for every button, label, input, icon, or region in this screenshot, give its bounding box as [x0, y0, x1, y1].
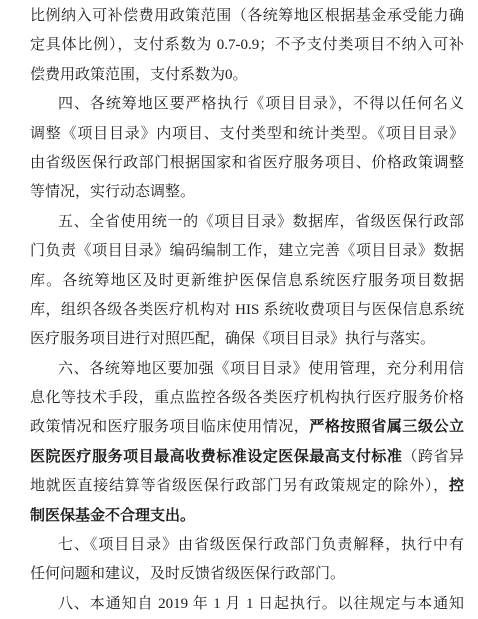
line-text: 由省级医保行政部门根据国家和省医疗服务项目、价格政策调整 — [30, 155, 464, 171]
paragraph-item-four: 四、各统筹地区要严格执行《项目目录》，不得以任何名义 调整《项目目录》内项目、支… — [30, 90, 464, 208]
document-page: 比例纳入可补偿费用政策范围（各统筹地区根据基金承受能力确 定具体比例），支付系数… — [0, 0, 478, 619]
doc-line: 制医保基金不合理支出。 — [30, 502, 464, 531]
line-text: 医疗服务项目进行对照匹配，确保《项目目录》执行与落实。 — [30, 331, 435, 347]
line-text: 四、各统筹地区要严格执行《项目目录》，不得以任何名义 — [58, 96, 464, 112]
doc-line: 偿费用政策范围，支付系数为0。 — [30, 61, 464, 90]
line-text-emphasis: 医院医疗服务项目最高收费标准设定医保最高支付标准 — [30, 449, 402, 465]
doc-line: 息化等技术手段，重点监控各级各类医疗机构执行医疗服务价格 — [30, 384, 464, 413]
line-text: 调整《项目目录》内项目、支付类型和统计类型。《项目目录》 — [30, 126, 464, 142]
doc-line: 五、全省使用统一的《项目目录》数据库，省级医保行政部 — [30, 208, 464, 237]
line-text: 库。各统筹地区及时更新维护医保信息系统医疗服务项目数据 — [30, 273, 464, 289]
line-text: 任何问题和建议，及时反馈省级医保行政部门。 — [30, 566, 345, 582]
line-text: 门负责《项目目录》编码编制工作，建立完善《项目目录》数据 — [30, 243, 464, 259]
line-text: 政策情况和医疗服务项目临床使用情况， — [30, 419, 309, 435]
doc-line: 四、各统筹地区要严格执行《项目目录》，不得以任何名义 — [30, 90, 464, 119]
doc-line: 六、各统筹地区要加强《项目目录》使用管理，充分利用信 — [30, 355, 464, 384]
line-text: （跨省异 — [402, 449, 464, 465]
line-text: 七、《项目目录》由省级医保行政部门负责解释，执行中有 — [58, 537, 464, 553]
line-text-emphasis: 制医保基金不合理支出。 — [30, 508, 195, 524]
line-text: 等情况，实行动态调整。 — [30, 184, 195, 200]
doc-line: 七、《项目目录》由省级医保行政部门负责解释，执行中有 — [30, 531, 464, 560]
line-text: 息化等技术手段，重点监控各级各类医疗机构执行医疗服务价格 — [30, 390, 464, 406]
doc-line: 库，组织各级各类医疗机构对 HIS 系统收费项目与医保信息系统 — [30, 296, 464, 325]
doc-line: 由省级医保行政部门根据国家和省医疗服务项目、价格政策调整 — [30, 149, 464, 178]
doc-line: 调整《项目目录》内项目、支付类型和统计类型。《项目目录》 — [30, 120, 464, 149]
doc-line: 等情况，实行动态调整。 — [30, 178, 464, 207]
doc-line: 任何问题和建议，及时反馈省级医保行政部门。 — [30, 560, 464, 589]
paragraph-item-five: 五、全省使用统一的《项目目录》数据库，省级医保行政部 门负责《项目目录》编码编制… — [30, 208, 464, 355]
line-text: 八、本通知自 2019 年 1 月 1 日起执行。以往规定与本通知 — [58, 596, 464, 612]
doc-line: 门负责《项目目录》编码编制工作，建立完善《项目目录》数据 — [30, 237, 464, 266]
paragraph-item-six: 六、各统筹地区要加强《项目目录》使用管理，充分利用信 息化等技术手段，重点监控各… — [30, 355, 464, 531]
line-text: 定具体比例），支付系数为 0.7-0.9；不予支付类项目不纳入可补 — [30, 37, 464, 53]
doc-line: 八、本通知自 2019 年 1 月 1 日起执行。以往规定与本通知 — [30, 590, 464, 619]
doc-line: 政策情况和医疗服务项目临床使用情况，严格按照省属三级公立 — [30, 413, 464, 442]
line-text-emphasis: 严格按照省属三级公立 — [309, 419, 464, 435]
paragraph-continuation: 比例纳入可补偿费用政策范围（各统筹地区根据基金承受能力确 定具体比例），支付系数… — [30, 2, 464, 90]
doc-line: 医疗服务项目进行对照匹配，确保《项目目录》执行与落实。 — [30, 325, 464, 354]
doc-line: 医院医疗服务项目最高收费标准设定医保最高支付标准（跨省异 — [30, 443, 464, 472]
line-text: 偿费用政策范围，支付系数为0。 — [30, 67, 248, 83]
doc-line: 比例纳入可补偿费用政策范围（各统筹地区根据基金承受能力确 — [30, 2, 464, 31]
line-text: 六、各统筹地区要加强《项目目录》使用管理，充分利用信 — [58, 361, 464, 377]
paragraph-item-eight: 八、本通知自 2019 年 1 月 1 日起执行。以往规定与本通知 — [30, 590, 464, 619]
paragraph-item-seven: 七、《项目目录》由省级医保行政部门负责解释，执行中有 任何问题和建议，及时反馈省… — [30, 531, 464, 590]
line-text-emphasis: 控 — [449, 478, 464, 494]
doc-line: 库。各统筹地区及时更新维护医保信息系统医疗服务项目数据 — [30, 267, 464, 296]
doc-line: 定具体比例），支付系数为 0.7-0.9；不予支付类项目不纳入可补 — [30, 31, 464, 60]
doc-line: 地就医直接结算等省级医保行政部门另有政策规定的除外），控 — [30, 472, 464, 501]
line-text: 地就医直接结算等省级医保行政部门另有政策规定的除外）， — [30, 478, 449, 494]
line-text: 比例纳入可补偿费用政策范围（各统筹地区根据基金承受能力确 — [30, 8, 464, 24]
line-text: 五、全省使用统一的《项目目录》数据库，省级医保行政部 — [58, 214, 464, 230]
line-text: 库，组织各级各类医疗机构对 HIS 系统收费项目与医保信息系统 — [30, 302, 464, 318]
